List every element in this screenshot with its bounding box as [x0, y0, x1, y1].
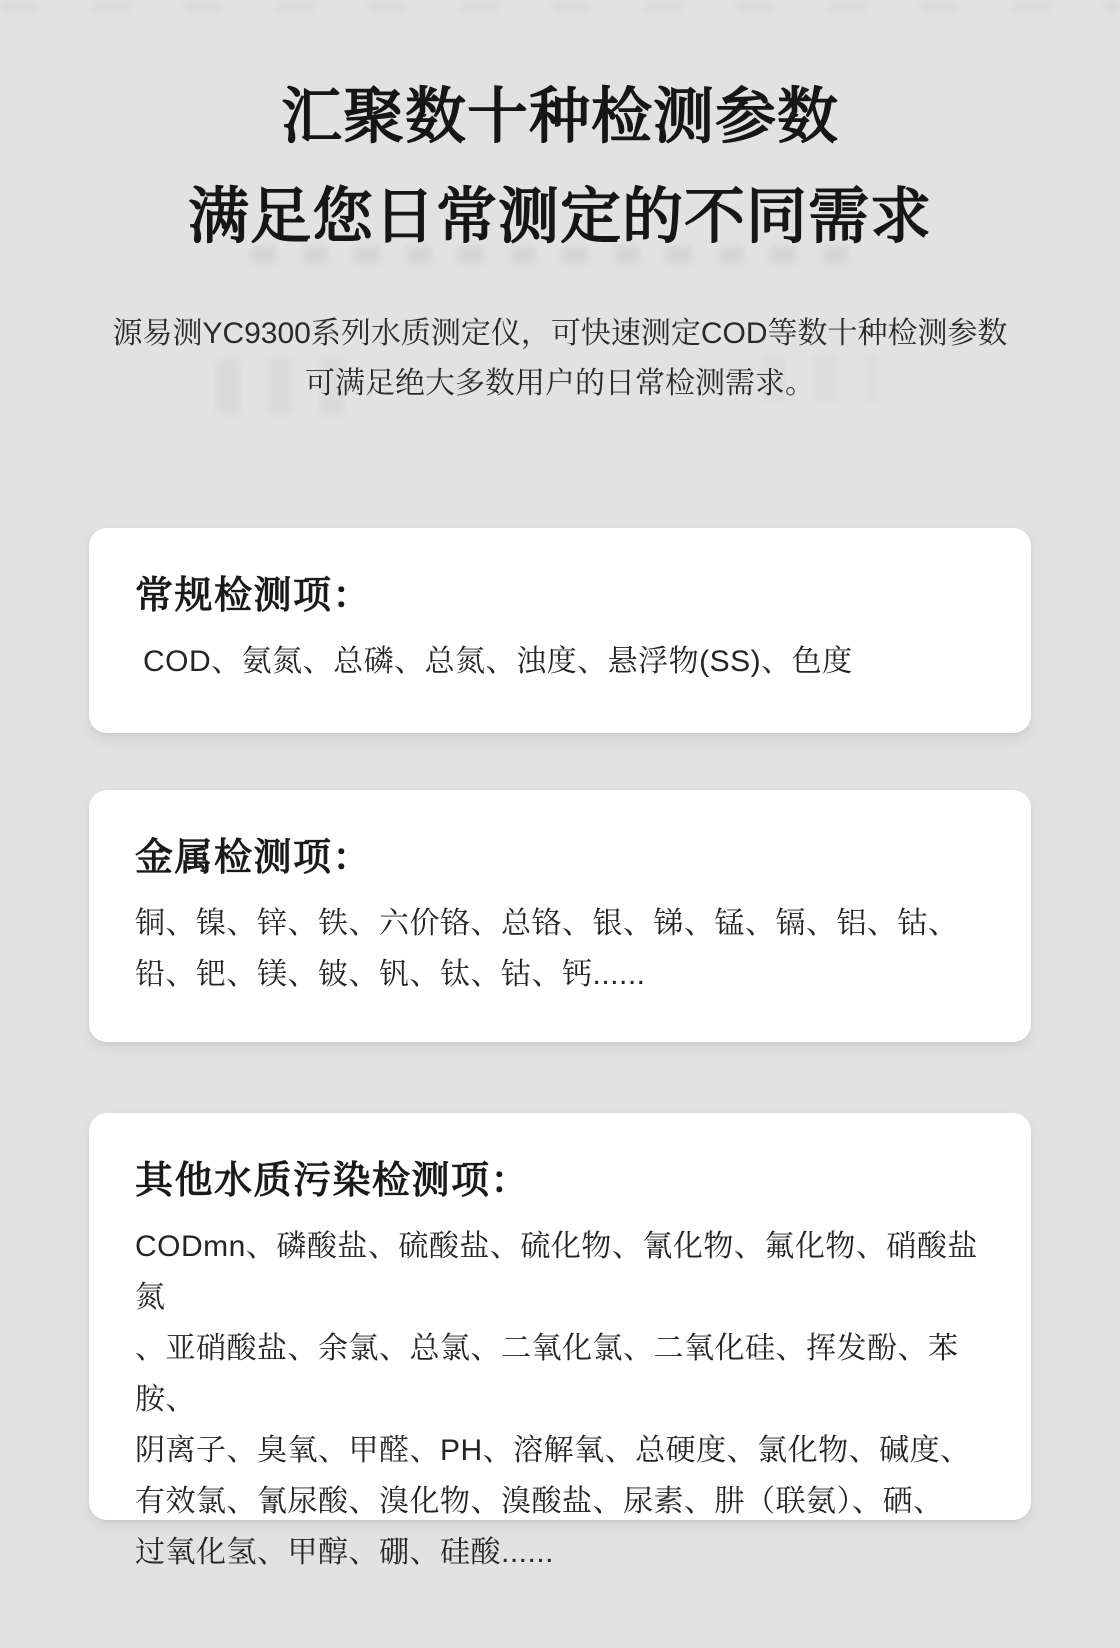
- card-body-line: 过氧化氢、甲醇、硼、硅酸......: [135, 1527, 985, 1578]
- card-body-line: 铅、钯、镁、铍、钒、钛、钴、钙......: [135, 949, 985, 1000]
- card-metal-items: 金属检测项： 铜、镍、锌、铁、六价铬、总铬、银、锑、锰、镉、铝、钴、 铅、钯、镁…: [89, 790, 1031, 1042]
- page-title-line1: 汇聚数十种检测参数: [0, 85, 1120, 147]
- card-body-line: COD、氨氮、总磷、总氮、浊度、悬浮物(SS)、色度: [135, 636, 985, 687]
- page-title-line2: 满足您日常测定的不同需求: [0, 185, 1120, 247]
- watermark-artifact: [760, 356, 880, 402]
- card-body-line: CODmn、磷酸盐、硫酸盐、硫化物、氰化物、氟化物、硝酸盐氮: [135, 1221, 985, 1323]
- subtitle-line2: 可满足绝大多数用户的日常检测需求。: [0, 359, 1120, 409]
- watermark-artifact: [250, 246, 870, 264]
- card-heading-other: 其他水质污染检测项：: [135, 1157, 985, 1205]
- card-body-line: 、亚硝酸盐、余氯、总氯、二氧化氯、二氧化硅、挥发酚、苯胺、: [135, 1323, 985, 1425]
- card-body-line: 阴离子、臭氧、甲醛、PH、溶解氧、总硬度、氯化物、碱度、: [135, 1425, 985, 1476]
- hero-section: 汇聚数十种检测参数 满足您日常测定的不同需求 源易测YC9300系列水质测定仪，…: [0, 0, 1120, 409]
- card-heading-regular: 常规检测项：: [135, 572, 985, 620]
- card-regular-items: 常规检测项： COD、氨氮、总磷、总氮、浊度、悬浮物(SS)、色度: [89, 528, 1031, 733]
- cards-container: 常规检测项： COD、氨氮、总磷、总氮、浊度、悬浮物(SS)、色度 金属检测项：…: [89, 528, 1031, 1520]
- card-body-line: 铜、镍、锌、铁、六价铬、总铬、银、锑、锰、镉、铝、钴、: [135, 898, 985, 949]
- card-body-line: 有效氯、氰尿酸、溴化物、溴酸盐、尿素、肼（联氨）、硒、: [135, 1476, 985, 1527]
- page: { "page": { "background_color": "#e2e2e2…: [0, 0, 1120, 1648]
- watermark-artifact: [215, 358, 365, 416]
- subtitle-block: 源易测YC9300系列水质测定仪，可快速测定COD等数十种检测参数 可满足绝大多…: [0, 309, 1120, 409]
- subtitle-line1: 源易测YC9300系列水质测定仪，可快速测定COD等数十种检测参数: [0, 309, 1120, 359]
- card-heading-metal: 金属检测项：: [135, 834, 985, 882]
- card-other-pollution-items: 其他水质污染检测项： CODmn、磷酸盐、硫酸盐、硫化物、氰化物、氟化物、硝酸盐…: [89, 1113, 1031, 1520]
